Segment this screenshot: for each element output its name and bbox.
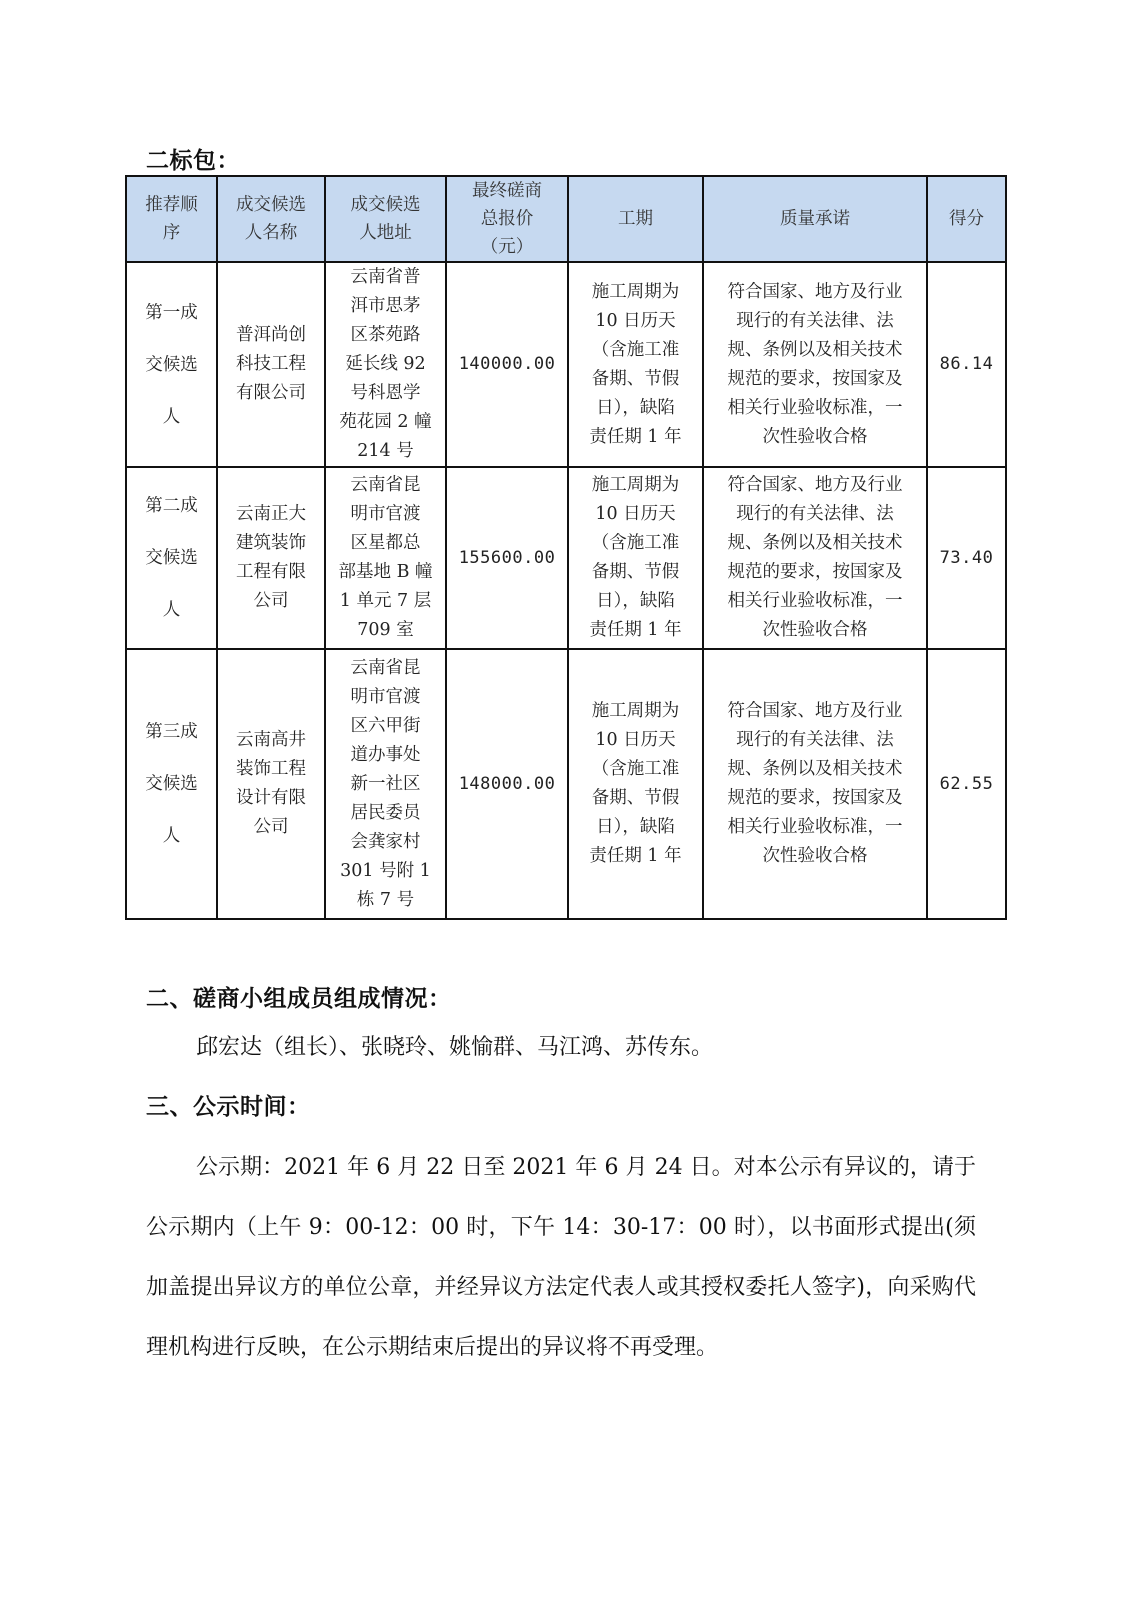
package-heading: 二标包： [146,142,240,175]
header-score: 得分 [927,176,1006,262]
price-cell: 140000.00 [446,262,568,467]
table-row: 第二成 交候选 人 云南正大 建筑装饰 工程有限 公司 云南省昆 明市官渡 区星… [126,467,1006,649]
score-cell: 62.55 [927,649,1006,919]
table-row: 第一成 交候选 人 普洱尚创 科技工程 有限公司 云南省普 洱市思茅 区茶苑路 … [126,262,1006,467]
price-cell: 155600.00 [446,467,568,649]
duration-cell: 施工周期为 10 日历天 （含施工准 备期、节假 日），缺陷 责任期 1 年 [568,467,703,649]
name-cell: 云南高井 装饰工程 设计有限 公司 [217,649,325,919]
name-cell: 云南正大 建筑装饰 工程有限 公司 [217,467,325,649]
duration-cell: 施工周期为 10 日历天 （含施工准 备期、节假 日），缺陷 责任期 1 年 [568,649,703,919]
price-cell: 148000.00 [446,649,568,919]
table-row: 第三成 交候选 人 云南高井 装饰工程 设计有限 公司 云南省昆 明市官渡 区六… [126,649,1006,919]
header-price: 最终磋商 总报价 （元） [446,176,568,262]
address-cell: 云南省昆 明市官渡 区星都总 部基地 B 幢 1 单元 7 层 709 室 [325,467,446,649]
header-quality: 质量承诺 [703,176,927,262]
header-address: 成交候选 人地址 [325,176,446,262]
header-duration: 工期 [568,176,703,262]
header-name: 成交候选 人名称 [217,176,325,262]
notice-paragraph: 公示期：2021 年 6 月 22 日至 2021 年 6 月 24 日。对本公… [146,1138,976,1378]
notice-heading: 三、公示时间： [146,1088,311,1121]
address-cell: 云南省昆 明市官渡 区六甲街 道办事处 新一社区 居民委员 会龚家村 301 号… [325,649,446,919]
table-header-row: 推荐顺 序 成交候选 人名称 成交候选 人地址 最终磋商 总报价 （元） 工 [126,176,1006,262]
header-rank: 推荐顺 序 [126,176,217,262]
score-cell: 86.14 [927,262,1006,467]
rank-cell: 第一成 交候选 人 [126,262,217,467]
panel-heading: 二、磋商小组成员组成情况： [146,980,452,1013]
candidate-table: 推荐顺 序 成交候选 人名称 成交候选 人地址 最终磋商 总报价 （元） 工 [125,175,1007,920]
name-cell: 普洱尚创 科技工程 有限公司 [217,262,325,467]
quality-cell: 符合国家、地方及行业 现行的有关法律、法 规、条例以及相关技术 规范的要求，按国… [703,467,927,649]
rank-cell: 第二成 交候选 人 [126,467,217,649]
quality-cell: 符合国家、地方及行业 现行的有关法律、法 规、条例以及相关技术 规范的要求，按国… [703,649,927,919]
rank-cell: 第三成 交候选 人 [126,649,217,919]
document-page: 二标包： 推荐顺 序 成交候选 人名称 成交候选 [0,0,1131,1600]
address-cell: 云南省普 洱市思茅 区茶苑路 延长线 92 号科恩学 苑花园 2 幢 214 号 [325,262,446,467]
score-cell: 73.40 [927,467,1006,649]
duration-cell: 施工周期为 10 日历天 （含施工准 备期、节假 日），缺陷 责任期 1 年 [568,262,703,467]
panel-members: 邱宏达（组长）、张晓玲、姚愉群、马江鸿、苏传东。 [196,1030,1026,1061]
quality-cell: 符合国家、地方及行业 现行的有关法律、法 规、条例以及相关技术 规范的要求，按国… [703,262,927,467]
